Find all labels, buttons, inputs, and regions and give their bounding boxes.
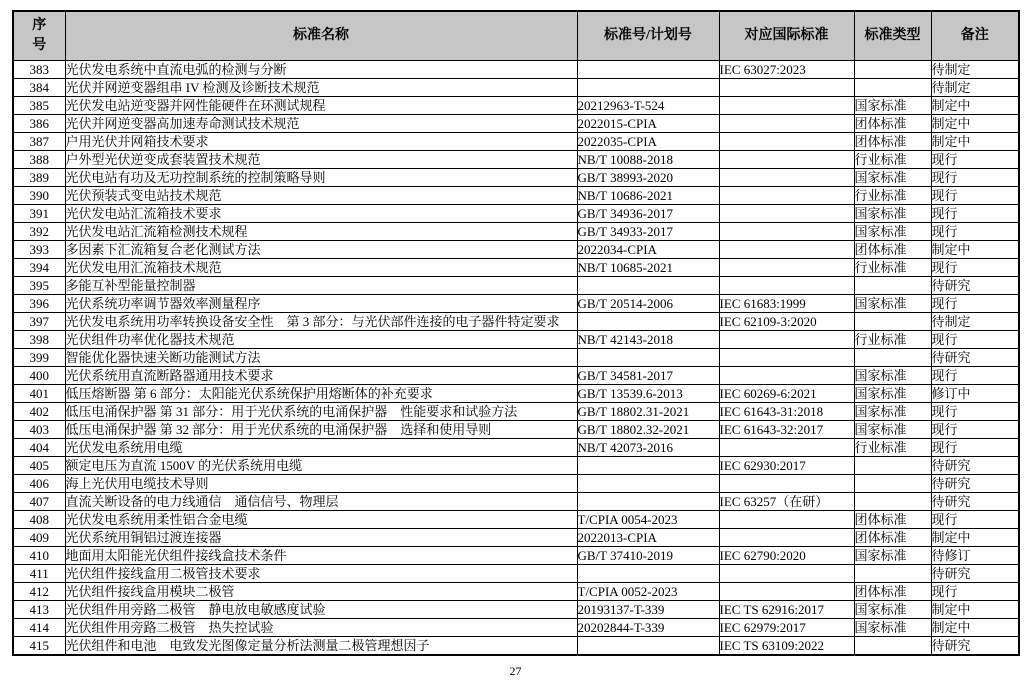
document-page: 序 号 标准名称 标准号/计划号 对应国际标准 标准类型 备注 383 光伏发电… [0,0,1031,681]
table-row: 404 光伏发电系统用电缆 NB/T 42073-2016 行业标准 现行 [13,439,1019,457]
table-row: 392 光伏发电站汇流箱检测技术规程 GB/T 34933-2017 国家标准 … [13,223,1019,241]
standard-name-cell: 光伏系统用铜铝过渡连接器 [65,529,577,547]
row-number-cell: 402 [13,403,65,421]
standard-name-cell: 光伏发电站汇流箱技术要求 [65,205,577,223]
remark-cell: 现行 [931,403,1019,421]
table-row: 414 光伏组件用旁路二极管 热失控试验 20202844-T-339 IEC … [13,619,1019,637]
international-standard-cell [719,277,854,295]
column-header-standard-type: 标准类型 [854,11,931,61]
row-number-cell: 404 [13,439,65,457]
table-row: 405 额定电压为直流 1500V 的光伏系统用电缆 IEC 62930:201… [13,457,1019,475]
remark-cell: 现行 [931,421,1019,439]
row-number-cell: 387 [13,133,65,151]
international-standard-cell: IEC TS 62916:2017 [719,601,854,619]
table-row: 395 多能互补型能量控制器 待研究 [13,277,1019,295]
standard-type-cell: 行业标准 [854,187,931,205]
standard-type-cell [854,61,931,79]
row-number-cell: 411 [13,565,65,583]
standard-type-cell [854,349,931,367]
row-number-cell: 399 [13,349,65,367]
standard-number-cell: 2022015-CPIA [577,115,719,133]
standard-number-cell: GB/T 18802.32-2021 [577,421,719,439]
international-standard-cell [719,565,854,583]
standard-name-cell: 光伏组件接线盒用二极管技术要求 [65,565,577,583]
standard-name-cell: 多能互补型能量控制器 [65,277,577,295]
remark-cell: 制定中 [931,529,1019,547]
standard-number-cell: NB/T 42073-2016 [577,439,719,457]
standard-number-cell [577,79,719,97]
row-number-cell: 412 [13,583,65,601]
row-number-cell: 397 [13,313,65,331]
international-standard-cell: IEC 61643-31:2018 [719,403,854,421]
table-row: 390 光伏预装式变电站技术规范 NB/T 10686-2021 行业标准 现行 [13,187,1019,205]
table-row: 400 光伏系统用直流断路器通用技术要求 GB/T 34581-2017 国家标… [13,367,1019,385]
row-number-cell: 407 [13,493,65,511]
table-row: 408 光伏发电系统用柔性铝合金电缆 T/CPIA 0054-2023 团体标准… [13,511,1019,529]
standard-type-cell: 国家标准 [854,403,931,421]
remark-cell: 待研究 [931,277,1019,295]
international-standard-cell [719,97,854,115]
standard-number-cell: 20202844-T-339 [577,619,719,637]
row-number-cell: 408 [13,511,65,529]
standard-name-cell: 光伏发电用汇流箱技术规范 [65,259,577,277]
remark-cell: 待制定 [931,313,1019,331]
standard-number-cell: 2022013-CPIA [577,529,719,547]
standard-type-cell: 国家标准 [854,97,931,115]
standard-type-cell: 团体标准 [854,583,931,601]
row-number-cell: 389 [13,169,65,187]
standards-table: 序 号 标准名称 标准号/计划号 对应国际标准 标准类型 备注 383 光伏发电… [12,10,1020,656]
international-standard-cell [719,115,854,133]
remark-cell: 现行 [931,331,1019,349]
standard-number-cell [577,61,719,79]
table-row: 415 光伏组件和电池 电致发光图像定量分析法测量二极管理想因子 IEC TS … [13,637,1019,656]
row-number-cell: 394 [13,259,65,277]
international-standard-cell [719,133,854,151]
table-row: 388 户外型光伏逆变成套装置技术规范 NB/T 10088-2018 行业标准… [13,151,1019,169]
row-number-cell: 395 [13,277,65,295]
standard-number-cell [577,457,719,475]
international-standard-cell: IEC 60269-6:2021 [719,385,854,403]
international-standard-cell [719,259,854,277]
standard-type-cell: 国家标准 [854,295,931,313]
international-standard-cell [719,151,854,169]
row-number-cell: 386 [13,115,65,133]
standard-type-cell [854,637,931,656]
standard-type-cell: 国家标准 [854,367,931,385]
international-standard-cell: IEC TS 63109:2022 [719,637,854,656]
international-standard-cell: IEC 63027:2023 [719,61,854,79]
row-number-cell: 388 [13,151,65,169]
international-standard-cell [719,511,854,529]
standard-type-cell: 国家标准 [854,205,931,223]
standard-number-cell: GB/T 38993-2020 [577,169,719,187]
row-number-cell: 385 [13,97,65,115]
standard-name-cell: 光伏组件用旁路二极管 热失控试验 [65,619,577,637]
standard-number-cell [577,637,719,656]
remark-cell: 待制定 [931,79,1019,97]
remark-cell: 现行 [931,511,1019,529]
standard-name-cell: 多因素下汇流箱复合老化测试方法 [65,241,577,259]
table-row: 411 光伏组件接线盒用二极管技术要求 待研究 [13,565,1019,583]
standard-type-cell: 团体标准 [854,511,931,529]
table-row: 386 光伏并网逆变器高加速寿命测试技术规范 2022015-CPIA 团体标准… [13,115,1019,133]
international-standard-cell: IEC 62930:2017 [719,457,854,475]
row-number-cell: 410 [13,547,65,565]
international-standard-cell: IEC 61643-32:2017 [719,421,854,439]
standard-name-cell: 光伏组件接线盒用模块二极管 [65,583,577,601]
standard-number-cell: 2022034-CPIA [577,241,719,259]
international-standard-cell [719,439,854,457]
standard-type-cell: 国家标准 [854,547,931,565]
standard-type-cell: 行业标准 [854,331,931,349]
standard-number-cell: GB/T 13539.6-2013 [577,385,719,403]
row-number-cell: 414 [13,619,65,637]
table-row: 396 光伏系统功率调节器效率测量程序 GB/T 20514-2006 IEC … [13,295,1019,313]
column-header-number: 序 号 [13,11,65,61]
table-row: 384 光伏并网逆变器组串 IV 检测及诊断技术规范 待制定 [13,79,1019,97]
standard-number-cell: NB/T 10686-2021 [577,187,719,205]
remark-cell: 制定中 [931,601,1019,619]
table-row: 412 光伏组件接线盒用模块二极管 T/CPIA 0052-2023 团体标准 … [13,583,1019,601]
table-header: 序 号 标准名称 标准号/计划号 对应国际标准 标准类型 备注 [13,11,1019,61]
standard-name-cell: 光伏电站有功及无功控制系统的控制策略导则 [65,169,577,187]
table-row: 385 光伏发电站逆变器并网性能硬件在环测试规程 20212963-T-524 … [13,97,1019,115]
international-standard-cell [719,169,854,187]
standard-number-cell: NB/T 42143-2018 [577,331,719,349]
international-standard-cell: IEC 61683:1999 [719,295,854,313]
remark-cell: 现行 [931,187,1019,205]
remark-cell: 现行 [931,169,1019,187]
header-row: 序 号 标准名称 标准号/计划号 对应国际标准 标准类型 备注 [13,11,1019,61]
standard-number-cell: 2022035-CPIA [577,133,719,151]
remark-cell: 待修订 [931,547,1019,565]
standard-number-cell: GB/T 37410-2019 [577,547,719,565]
standard-type-cell: 团体标准 [854,133,931,151]
standard-name-cell: 海上光伏用电缆技术导则 [65,475,577,493]
standard-type-cell: 国家标准 [854,223,931,241]
standard-name-cell: 户用光伏并网箱技术要求 [65,133,577,151]
standard-type-cell: 国家标准 [854,421,931,439]
table-row: 393 多因素下汇流箱复合老化测试方法 2022034-CPIA 团体标准 制定… [13,241,1019,259]
standard-name-cell: 光伏发电站逆变器并网性能硬件在环测试规程 [65,97,577,115]
international-standard-cell [719,367,854,385]
row-number-cell: 391 [13,205,65,223]
standard-name-cell: 低压电涌保护器 第 32 部分：用于光伏系统的电涌保护器 选择和使用导则 [65,421,577,439]
remark-cell: 待制定 [931,61,1019,79]
standard-number-cell: GB/T 34933-2017 [577,223,719,241]
international-standard-cell: IEC 62979:2017 [719,619,854,637]
page-number: 27 [0,664,1031,678]
standard-number-cell [577,493,719,511]
international-standard-cell [719,187,854,205]
standard-name-cell: 光伏并网逆变器高加速寿命测试技术规范 [65,115,577,133]
remark-cell: 制定中 [931,133,1019,151]
international-standard-cell [719,223,854,241]
column-header-remark: 备注 [931,11,1019,61]
standard-number-cell: T/CPIA 0054-2023 [577,511,719,529]
table-body: 383 光伏发电系统中直流电弧的检测与分断 IEC 63027:2023 待制定… [13,61,1019,656]
international-standard-cell: IEC 62109-3:2020 [719,313,854,331]
table-row: 413 光伏组件用旁路二极管 静电放电敏感度试验 20193137-T-339 … [13,601,1019,619]
standard-name-cell: 光伏发电系统用柔性铝合金电缆 [65,511,577,529]
standard-name-cell: 户外型光伏逆变成套装置技术规范 [65,151,577,169]
standard-type-cell [854,457,931,475]
standard-name-cell: 低压熔断器 第 6 部分：太阳能光伏系统保护用熔断体的补充要求 [65,385,577,403]
standard-number-cell [577,313,719,331]
table-row: 402 低压电涌保护器 第 31 部分：用于光伏系统的电涌保护器 性能要求和试验… [13,403,1019,421]
remark-cell: 待研究 [931,637,1019,656]
table-row: 403 低压电涌保护器 第 32 部分：用于光伏系统的电涌保护器 选择和使用导则… [13,421,1019,439]
standard-number-cell: 20193137-T-339 [577,601,719,619]
standard-number-cell: 20212963-T-524 [577,97,719,115]
standard-name-cell: 光伏预装式变电站技术规范 [65,187,577,205]
standard-name-cell: 光伏发电系统用功率转换设备安全性 第 3 部分：与光伏部件连接的电子器件特定要求 [65,313,577,331]
column-header-standard-name: 标准名称 [65,11,577,61]
standard-name-cell: 光伏系统功率调节器效率测量程序 [65,295,577,313]
remark-cell: 现行 [931,367,1019,385]
standard-number-cell: GB/T 34581-2017 [577,367,719,385]
international-standard-cell [719,205,854,223]
standard-number-cell: GB/T 18802.31-2021 [577,403,719,421]
row-number-cell: 403 [13,421,65,439]
standard-type-cell [854,313,931,331]
remark-cell: 待研究 [931,493,1019,511]
standard-type-cell: 团体标准 [854,115,931,133]
standard-type-cell [854,475,931,493]
standard-name-cell: 额定电压为直流 1500V 的光伏系统用电缆 [65,457,577,475]
remark-cell: 现行 [931,151,1019,169]
standard-number-cell [577,565,719,583]
table-row: 410 地面用太阳能光伏组件接线盒技术条件 GB/T 37410-2019 IE… [13,547,1019,565]
remark-cell: 待研究 [931,475,1019,493]
row-number-cell: 396 [13,295,65,313]
standard-type-cell: 国家标准 [854,619,931,637]
international-standard-cell [719,79,854,97]
row-number-cell: 392 [13,223,65,241]
row-number-cell: 415 [13,637,65,656]
standard-name-cell: 光伏发电系统中直流电弧的检测与分断 [65,61,577,79]
table-row: 387 户用光伏并网箱技术要求 2022035-CPIA 团体标准 制定中 [13,133,1019,151]
international-standard-cell [719,475,854,493]
table-row: 394 光伏发电用汇流箱技术规范 NB/T 10685-2021 行业标准 现行 [13,259,1019,277]
standard-name-cell: 智能优化器快速关断功能测试方法 [65,349,577,367]
table-row: 406 海上光伏用电缆技术导则 待研究 [13,475,1019,493]
standard-type-cell: 行业标准 [854,259,931,277]
remark-cell: 制定中 [931,241,1019,259]
international-standard-cell [719,529,854,547]
remark-cell: 现行 [931,259,1019,277]
standard-name-cell: 光伏并网逆变器组串 IV 检测及诊断技术规范 [65,79,577,97]
column-header-standard-number: 标准号/计划号 [577,11,719,61]
international-standard-cell [719,583,854,601]
standard-type-cell: 团体标准 [854,529,931,547]
standard-name-cell: 光伏系统用直流断路器通用技术要求 [65,367,577,385]
standard-number-cell: NB/T 10088-2018 [577,151,719,169]
international-standard-cell [719,241,854,259]
standard-type-cell: 行业标准 [854,151,931,169]
row-number-cell: 413 [13,601,65,619]
remark-cell: 制定中 [931,115,1019,133]
standard-type-cell: 行业标准 [854,439,931,457]
standard-name-cell: 地面用太阳能光伏组件接线盒技术条件 [65,547,577,565]
standard-number-cell [577,277,719,295]
row-number-cell: 400 [13,367,65,385]
international-standard-cell [719,349,854,367]
remark-cell: 待研究 [931,349,1019,367]
standard-name-cell: 光伏发电站汇流箱检测技术规程 [65,223,577,241]
remark-cell: 现行 [931,439,1019,457]
standard-type-cell [854,565,931,583]
international-standard-cell: IEC 62790:2020 [719,547,854,565]
row-number-cell: 384 [13,79,65,97]
table-row: 409 光伏系统用铜铝过渡连接器 2022013-CPIA 团体标准 制定中 [13,529,1019,547]
row-number-cell: 393 [13,241,65,259]
remark-cell: 制定中 [931,97,1019,115]
standard-number-cell: T/CPIA 0052-2023 [577,583,719,601]
row-number-cell: 409 [13,529,65,547]
remark-cell: 现行 [931,223,1019,241]
table-row: 397 光伏发电系统用功率转换设备安全性 第 3 部分：与光伏部件连接的电子器件… [13,313,1019,331]
remark-cell: 待研究 [931,565,1019,583]
row-number-cell: 405 [13,457,65,475]
row-number-cell: 383 [13,61,65,79]
standard-type-cell [854,79,931,97]
standard-number-cell: GB/T 34936-2017 [577,205,719,223]
standard-type-cell [854,493,931,511]
standard-number-cell [577,349,719,367]
standard-name-cell: 光伏组件功率优化器技术规范 [65,331,577,349]
table-row: 389 光伏电站有功及无功控制系统的控制策略导则 GB/T 38993-2020… [13,169,1019,187]
standard-number-cell [577,475,719,493]
standard-number-cell: GB/T 20514-2006 [577,295,719,313]
standard-type-cell: 团体标准 [854,241,931,259]
row-number-cell: 390 [13,187,65,205]
column-header-international-standard: 对应国际标准 [719,11,854,61]
remark-cell: 现行 [931,583,1019,601]
international-standard-cell: IEC 63257（在研） [719,493,854,511]
remark-cell: 现行 [931,205,1019,223]
table-row: 407 直流关断设备的电力线通信 通信信号、物理层 IEC 63257（在研） … [13,493,1019,511]
table-row: 399 智能优化器快速关断功能测试方法 待研究 [13,349,1019,367]
standard-name-cell: 光伏发电系统用电缆 [65,439,577,457]
standard-type-cell: 国家标准 [854,385,931,403]
standard-name-cell: 光伏组件和电池 电致发光图像定量分析法测量二极管理想因子 [65,637,577,656]
table-row: 383 光伏发电系统中直流电弧的检测与分断 IEC 63027:2023 待制定 [13,61,1019,79]
table-row: 401 低压熔断器 第 6 部分：太阳能光伏系统保护用熔断体的补充要求 GB/T… [13,385,1019,403]
row-number-cell: 398 [13,331,65,349]
remark-cell: 待研究 [931,457,1019,475]
standard-number-cell: NB/T 10685-2021 [577,259,719,277]
row-number-cell: 406 [13,475,65,493]
remark-cell: 制定中 [931,619,1019,637]
row-number-cell: 401 [13,385,65,403]
standard-type-cell: 国家标准 [854,169,931,187]
international-standard-cell [719,331,854,349]
standard-type-cell: 国家标准 [854,601,931,619]
standard-name-cell: 光伏组件用旁路二极管 静电放电敏感度试验 [65,601,577,619]
remark-cell: 修订中 [931,385,1019,403]
table-row: 391 光伏发电站汇流箱技术要求 GB/T 34936-2017 国家标准 现行 [13,205,1019,223]
table-row: 398 光伏组件功率优化器技术规范 NB/T 42143-2018 行业标准 现… [13,331,1019,349]
standard-name-cell: 直流关断设备的电力线通信 通信信号、物理层 [65,493,577,511]
standard-type-cell [854,277,931,295]
standard-name-cell: 低压电涌保护器 第 31 部分：用于光伏系统的电涌保护器 性能要求和试验方法 [65,403,577,421]
remark-cell: 现行 [931,295,1019,313]
